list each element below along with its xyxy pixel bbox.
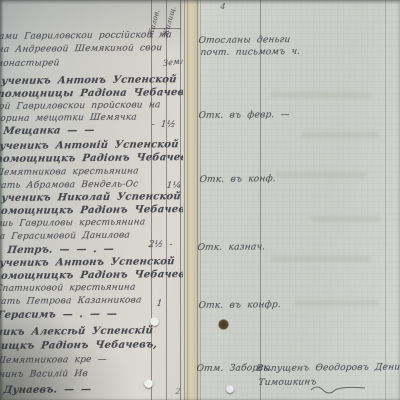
margin-note: Отк. въ февр. — xyxy=(198,110,291,122)
handwritten-line: Петръ. — — . — xyxy=(7,244,115,256)
handwritten-line: мать Петрова Казанникова xyxy=(0,295,142,308)
handwritten-line: помощницкъ Радіонъ Чебачевъ. xyxy=(0,269,197,282)
handwritten-line: ученикъ Антонъ Успенской xyxy=(1,74,177,87)
page-edge-line xyxy=(200,0,201,400)
handwritten-line: ученикъ Антоній Успенской xyxy=(0,139,179,152)
bleedthrough-mark xyxy=(271,92,371,98)
scanned-register-photo: вами Гавриловскои россійскои манна Андре… xyxy=(0,0,400,400)
handwritten-line: на Герасимовой Данилова xyxy=(0,231,131,243)
handwritten-line: Герасимъ — . — — xyxy=(0,309,118,321)
handwritten-line: вой Гавриловскои пройскови на xyxy=(0,100,161,113)
paper-hole xyxy=(144,379,153,388)
ink-blot xyxy=(218,319,229,330)
resolution-note: Выпущенъ Ѳеодоровъ Денисовъ xyxy=(256,362,400,375)
column-rule xyxy=(385,0,386,400)
handwritten-line: горина мещотки Шемячка xyxy=(0,113,137,125)
handwritten-line: нна Андреевой Шемякиной свои xyxy=(0,43,163,56)
handwritten-line: монастырей xyxy=(0,58,60,70)
handwritten-line: ученикъ Николай Успенской xyxy=(1,191,182,204)
left-page: вами Гавриловскои россійскои манна Андре… xyxy=(0,0,183,400)
margin-note: почт. письмомъ ч. xyxy=(200,47,301,59)
handwritten-line: никъ Алексѣй Успенскій xyxy=(0,325,154,338)
handwritten-line: Шемятникова кре — xyxy=(0,355,107,367)
signature-flourish xyxy=(309,382,369,396)
column-header-rotated: Жилищ. xyxy=(161,4,180,39)
bleedthrough-mark xyxy=(275,172,367,178)
margin-note: Отк. въ конфр. xyxy=(198,300,282,312)
margin-note: Отк. въ конф. xyxy=(199,174,277,186)
paper-hole xyxy=(226,385,234,393)
page-edge-line xyxy=(187,0,188,400)
handwritten-line: Дунаевъ. — — xyxy=(3,384,92,396)
margin-note: Отк. казнач. xyxy=(197,242,266,254)
handwritten-line: ученикъ Антонъ Успенской xyxy=(0,256,175,269)
handwritten-line: нищкъ Радіонъ Чебачевъ, xyxy=(0,339,158,352)
margin-note: Отосланы деньги xyxy=(198,35,291,47)
handwritten-line: помощницкъ Радіонъ Чебачевъ. xyxy=(0,204,197,217)
handwritten-line: ишь Гавриловы крестьянина xyxy=(0,217,146,230)
amount-value: 2½ - xyxy=(148,240,173,251)
bleedthrough-mark xyxy=(295,300,379,306)
bleedthrough-mark xyxy=(271,256,371,262)
bleedthrough-mark xyxy=(301,132,379,138)
bleedthrough-mark xyxy=(311,216,381,222)
amount-value: 1 xyxy=(156,299,163,310)
column-rule xyxy=(260,0,261,400)
handwritten-line: Спатниковой крестьянина xyxy=(0,283,136,295)
page-edge-line xyxy=(197,0,198,400)
book-gutter xyxy=(183,0,199,400)
handwritten-line: Шемятникова крестьянина xyxy=(0,166,139,179)
handwritten-line: Мещанка — — xyxy=(3,125,95,137)
amount-value: - 1½ xyxy=(151,120,176,131)
page-edge-line xyxy=(184,0,185,400)
handwritten-line: анинъ Василій Ив xyxy=(0,369,88,381)
handwritten-line: помощницкъ Радіонъ Чебачевъ. xyxy=(0,152,199,165)
amount-value: 1¼ xyxy=(166,181,182,192)
handwritten-line: помощницы Радіона Чебачева. xyxy=(0,87,195,100)
handwritten-line: мать Абрамова Вендель-Ос xyxy=(0,179,139,192)
corner-mark: 4 xyxy=(220,1,227,12)
right-page: 4 Отосланы деньгипочт. письмомъ ч.Отк. в… xyxy=(199,0,400,400)
